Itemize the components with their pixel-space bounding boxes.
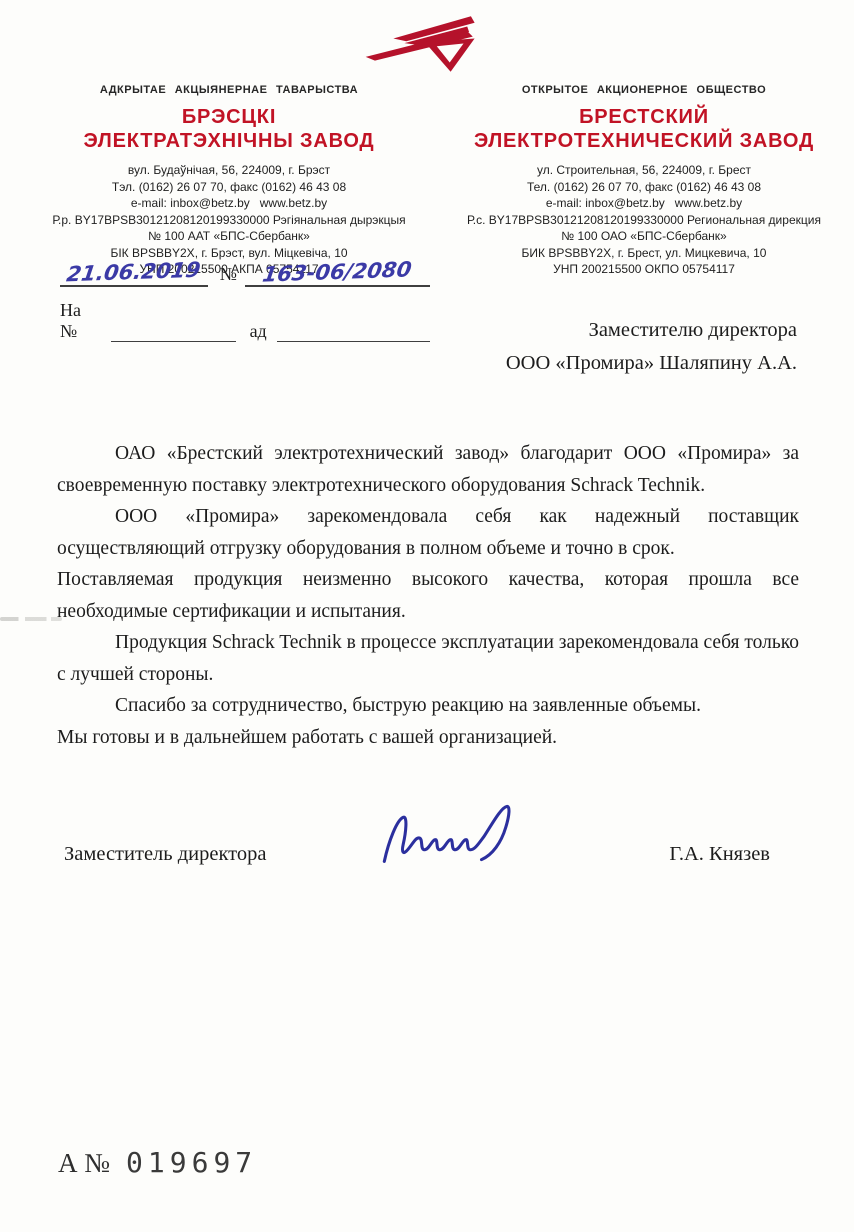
body-paragraph: Спасибо за сотрудничество, быструю реакц… bbox=[57, 690, 799, 722]
reply-date-blank bbox=[277, 325, 430, 342]
form-series: А № bbox=[58, 1148, 110, 1179]
addressee-name: ООО «Промира» Шаляпину А.А. bbox=[506, 347, 797, 380]
company-title-ru: БРЕСТСКИЙ ЭЛЕКТРОТЕХНИЧЕСКИЙ ЗАВОД bbox=[442, 105, 846, 153]
number-symbol: № bbox=[220, 264, 237, 285]
handwritten-number: 163-06/2080 bbox=[261, 257, 413, 287]
address-line: Р.с. BY17BPSB30121208120199330000 Регион… bbox=[442, 212, 846, 229]
address-line: БИК BPSBBY2X, г. Брест, ул. Мицкевича, 1… bbox=[442, 245, 846, 262]
address-line: Тел. (0162) 26 07 70, факс (0162) 46 43 … bbox=[442, 179, 846, 196]
address-line: УНП 200215500 ОКПО 05754117 bbox=[442, 261, 846, 278]
body-paragraph: ООО «Промира» зарекомендовала себя как н… bbox=[57, 501, 799, 564]
body-paragraph: Поставляемая продукция неизменно высоког… bbox=[57, 564, 799, 627]
reference-block: 21.06.2019 № 163-06/2080 На № ад bbox=[60, 260, 430, 342]
address-block-ru: ул. Строительная, 56, 224009, г. Брест Т… bbox=[442, 162, 846, 278]
betz-arrow-logo-icon bbox=[362, 13, 482, 75]
body-paragraph: Мы готовы и в дальнейшем работать с ваше… bbox=[57, 722, 799, 754]
org-type-by: АДКРЫТАЕ АКЦЫЯНЕРНАЕ ТАВАРЫСТВА bbox=[38, 84, 420, 96]
company-title-by: БРЭСЦКІ ЭЛЕКТРАТЭХНІЧНЫ ЗАВОД bbox=[38, 105, 420, 153]
org-type-ru: ОТКРЫТОЕ АКЦИОНЕРНОЕ ОБЩЕСТВО bbox=[442, 84, 846, 96]
addressee-block: Заместителю директора ООО «Промира» Шаля… bbox=[506, 314, 797, 380]
reply-number-blank bbox=[111, 325, 235, 342]
address-line: Тэл. (0162) 26 07 70, факс (0162) 46 43 … bbox=[38, 179, 420, 196]
handwritten-date: 21.06.2019 bbox=[65, 258, 202, 288]
address-line: № 100 ОАО «БПС-Сбербанк» bbox=[442, 228, 846, 245]
scan-artifact bbox=[0, 617, 62, 621]
signer-position: Заместитель директора bbox=[64, 843, 266, 866]
address-line: Р.р. BY17BPSB30121208120199330000 Рэгіян… bbox=[38, 212, 420, 229]
signature-row: Заместитель директора Г.А. Князев bbox=[64, 788, 770, 866]
date-field: 21.06.2019 bbox=[60, 260, 208, 287]
body-paragraph: Продукция Schrack Technik в процессе экс… bbox=[57, 627, 799, 690]
date-number-row: 21.06.2019 № 163-06/2080 bbox=[60, 260, 430, 287]
address-line: вул. Будаўнічая, 56, 224009, г. Брэст bbox=[38, 162, 420, 179]
company-title-ru-line1: БРЕСТСКИЙ bbox=[442, 105, 846, 129]
address-line: e-mail: inbox@betz.by www.betz.by bbox=[442, 195, 846, 212]
body-paragraph: ОАО «Брестский электротехнический завод»… bbox=[57, 438, 799, 501]
signer-name: Г.А. Князев bbox=[669, 843, 770, 866]
letter-body: ОАО «Брестский электротехнический завод»… bbox=[57, 438, 799, 753]
letterhead-belarusian-column: АДКРЫТАЕ АКЦЫЯНЕРНАЕ ТАВАРЫСТВА БРЭСЦКІ … bbox=[38, 84, 420, 278]
reply-ad-label: ад bbox=[250, 321, 267, 342]
addressee-position: Заместителю директора bbox=[506, 314, 797, 347]
form-number: А № 019697 bbox=[58, 1146, 257, 1179]
reply-na-label: На № bbox=[60, 300, 101, 342]
address-line: e-mail: inbox@betz.by www.betz.by bbox=[38, 195, 420, 212]
reply-reference-row: На № ад bbox=[60, 300, 430, 342]
outgoing-number-field: 163-06/2080 bbox=[245, 260, 430, 287]
letter-page: АДКРЫТАЕ АКЦЫЯНЕРНАЕ ТАВАРЫСТВА БРЭСЦКІ … bbox=[0, 0, 854, 1232]
company-title-by-line2: ЭЛЕКТРАТЭХНІЧНЫ ЗАВОД bbox=[38, 129, 420, 153]
address-line: № 100 ААТ «БПС-Сбербанк» bbox=[38, 228, 420, 245]
handwritten-signature-icon bbox=[373, 802, 563, 880]
company-title-ru-line2: ЭЛЕКТРОТЕХНИЧЕСКИЙ ЗАВОД bbox=[442, 129, 846, 153]
company-title-by-line1: БРЭСЦКІ bbox=[38, 105, 420, 129]
address-line: ул. Строительная, 56, 224009, г. Брест bbox=[442, 162, 846, 179]
form-digits: 019697 bbox=[126, 1146, 257, 1179]
letterhead-russian-column: ОТКРЫТОЕ АКЦИОНЕРНОЕ ОБЩЕСТВО БРЕСТСКИЙ … bbox=[442, 84, 846, 278]
